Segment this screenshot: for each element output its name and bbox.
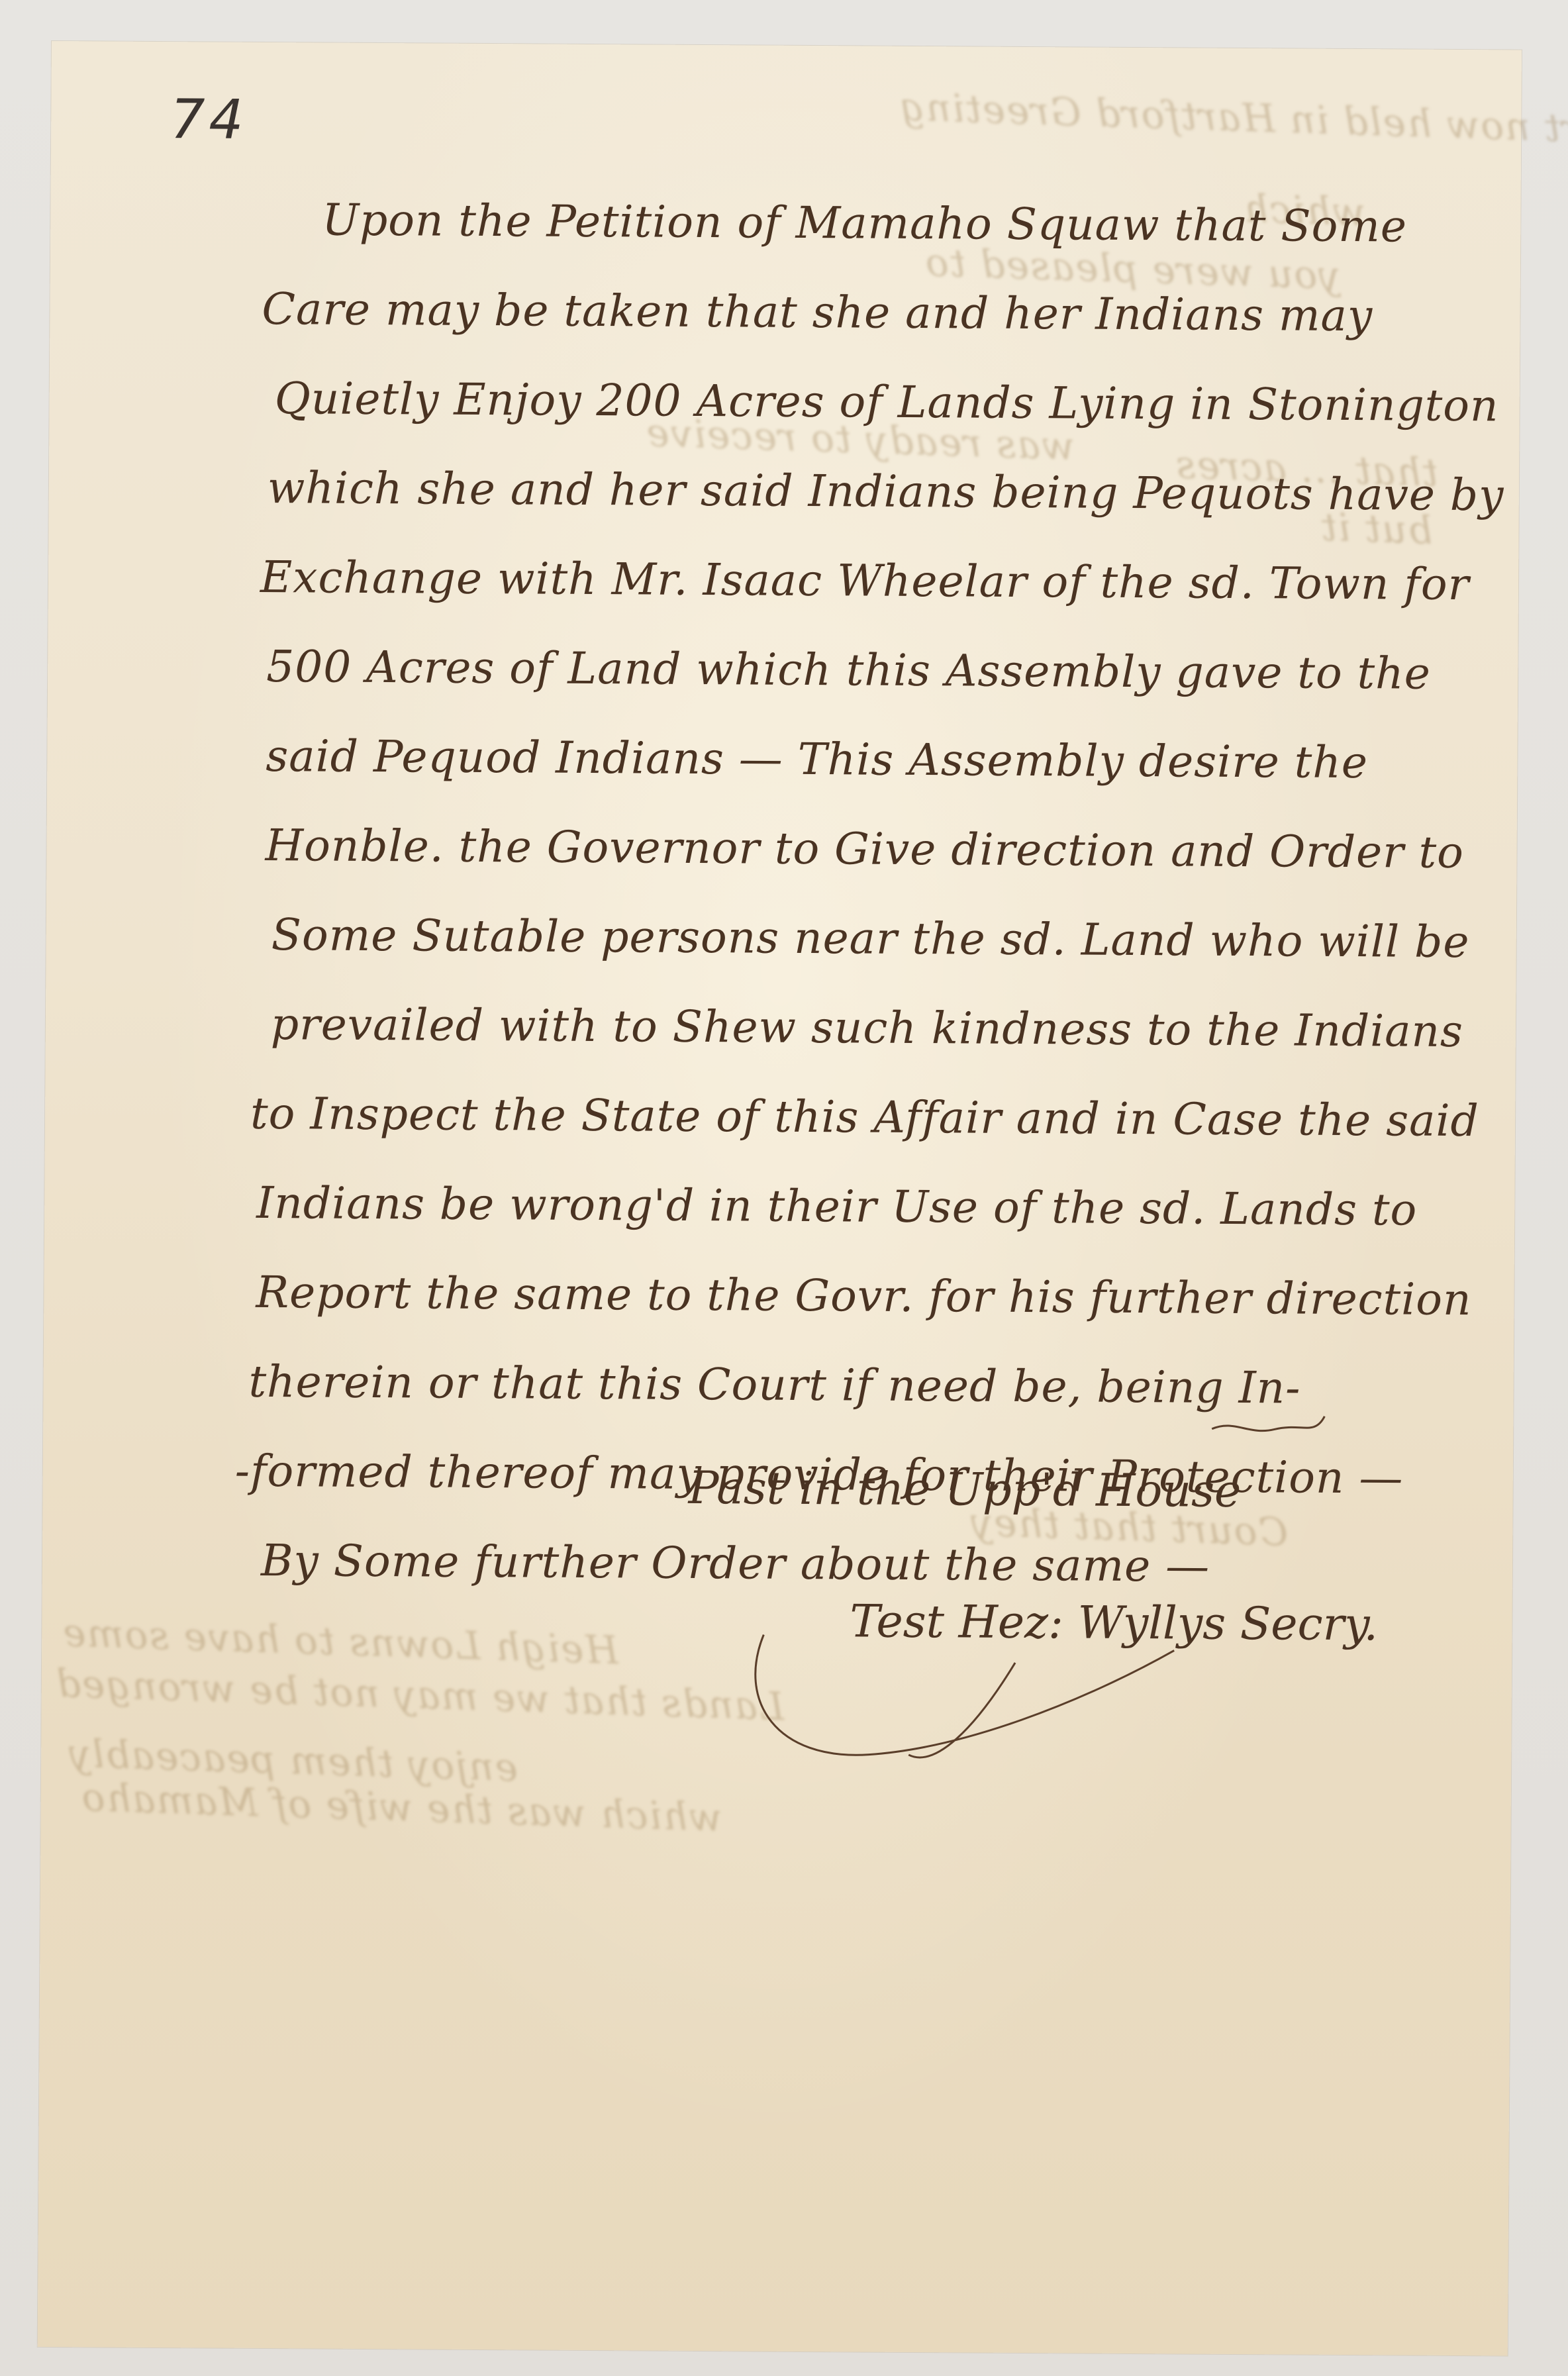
manuscript-line: Honble. the Governor to Give direction a… [212,801,1530,898]
manuscript-line: therein or that this Court if need be, b… [209,1336,1527,1434]
manuscript-line: Some Sutable persons near the sd. Land w… [211,890,1530,987]
manuscript-line: 500 Acres of Land which this Assembly ga… [213,622,1532,719]
manuscript-line: Indians be wrong'd in their Use of the s… [210,1158,1528,1255]
bleed-through-text: enjoy them peaceably [67,1730,518,1790]
folio-number: 74 [170,88,248,152]
bleed-through-text: which was the wife of Mamaho [80,1775,722,1840]
manuscript-line: to Inspect the State of this Affair and … [211,1068,1529,1165]
bleed-through-text: To the Honourable Court now held in Hart… [899,84,1568,167]
bleed-through-text: Heigh Lowns to have some [61,1610,619,1673]
manuscript-line: Quietly Enjoy 200 Acres of Lands Lying i… [215,354,1533,451]
manuscript-line: said Pequod Indians — This Assembly desi… [213,711,1531,809]
manuscript-line: prevailed with to Shew such kindness to … [211,979,1530,1077]
manuscript-page: To the Honourable Court now held in Hart… [38,41,1522,2355]
secretary-attestation-signature: Test Hez: Wyllys Secry. [850,1595,1378,1651]
manuscript-line: Report the same to the Govr. for his fur… [209,1247,1528,1344]
manuscript-line: Care may be taken that she and her India… [215,264,1534,362]
manuscript-line: which she and her said Indians being Peq… [214,443,1532,540]
passed-upper-house-endorsement: Past in the Upp'd House [688,1462,1241,1518]
manuscript-line: Exchange with Mr. Isaac Wheelar of the s… [214,532,1532,630]
manuscript-line: Upon the Petition of Mamaho Squaw that S… [216,175,1534,272]
petition-resolution-text: Upon the Petition of Mamaho Squaw that S… [208,175,1534,1613]
bleed-through-text: Lands that we may not be wronged [54,1661,785,1730]
